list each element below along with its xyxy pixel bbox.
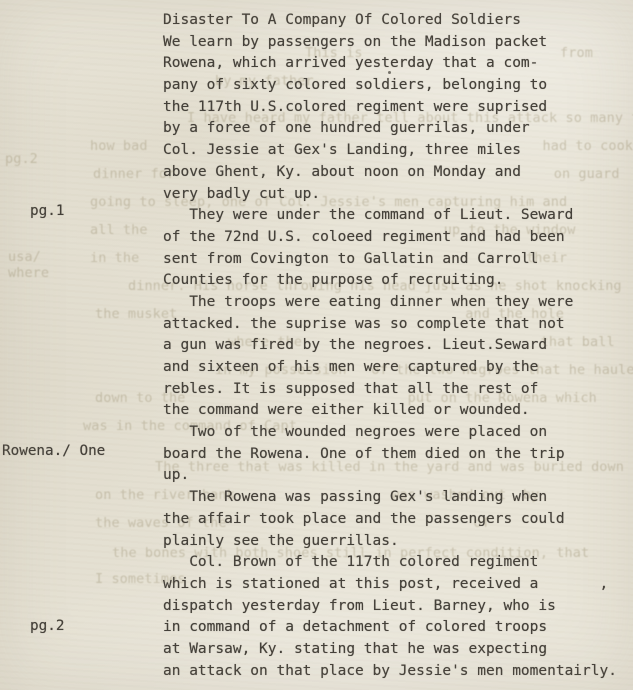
typed-line: the affair took place and the passengers…: [163, 509, 617, 531]
bleedthrough-line: usa/: [8, 250, 41, 265]
stray-ink-dot: [388, 71, 391, 74]
typed-line: a gun was fired by the negroes. Lieut.Se…: [163, 335, 617, 357]
typed-line: sent from Covington to Gallatin and Carr…: [163, 249, 617, 271]
typed-line: Two of the wounded negroes were placed o…: [163, 422, 617, 444]
document-page: This is fromby my fatherI have heard my …: [0, 0, 633, 690]
typed-line: attacked. the suprise was so complete th…: [163, 314, 617, 336]
typed-line: They were under the command of Lieut. Se…: [163, 205, 617, 227]
typed-line: up.: [163, 465, 617, 487]
typed-line: board the Rowena. One of them died on th…: [163, 444, 617, 466]
typed-line: at Warsaw, Ky. stating that he was expec…: [163, 639, 617, 661]
typed-line: pany of sixty colored soldiers, belongin…: [163, 75, 617, 97]
bleedthrough-line: where: [8, 266, 49, 281]
typed-line: The Rowena was passing Gex's landing whe…: [163, 487, 617, 509]
typed-line: which is stationed at this post, receive…: [163, 574, 617, 596]
margin-note-pg2: pg.2: [30, 618, 64, 634]
bleedthrough-line: pg.2: [5, 152, 38, 167]
typed-line: Col. Jessie at Gex's Landing, three mile…: [163, 140, 617, 162]
typed-line: Col. Brown of the 117th colored regiment: [163, 552, 617, 574]
typed-line: very badly cut up.: [163, 184, 617, 206]
typed-line: The troops were eating dinner when they …: [163, 292, 617, 314]
margin-note-rowena-one: Rowena./ One: [2, 443, 105, 459]
typed-line: We learn by passengers on the Madison pa…: [163, 32, 617, 54]
typed-body-text: Disaster To A Company Of Colored Soldier…: [163, 10, 617, 682]
typed-line: Counties for the purpose of recruiting.: [163, 270, 617, 292]
typed-line: and sixteen of his men were captured by …: [163, 357, 617, 379]
typed-line: in command of a detachment of colored tr…: [163, 617, 617, 639]
typed-line: the 117th U.S.colored regiment were supr…: [163, 97, 617, 119]
typed-line: an attack on that place by Jessie's men …: [163, 661, 617, 683]
typed-line: the command were either killed or wounde…: [163, 400, 617, 422]
typed-line: by a foree of one hundred guerrilas, und…: [163, 118, 617, 140]
margin-note-pg1: pg.1: [30, 203, 64, 219]
typed-line: above Ghent, Ky. about noon on Monday an…: [163, 162, 617, 184]
typed-line: of the 72nd U.S. coloeed regiment and ha…: [163, 227, 617, 249]
typed-line: plainly see the guerrillas.: [163, 531, 617, 553]
typed-line: rebles. It is supposed that all the rest…: [163, 379, 617, 401]
document-title-line: Disaster To A Company Of Colored Soldier…: [163, 10, 617, 32]
typed-line: dispatch yesterday from Lieut. Barney, w…: [163, 596, 617, 618]
